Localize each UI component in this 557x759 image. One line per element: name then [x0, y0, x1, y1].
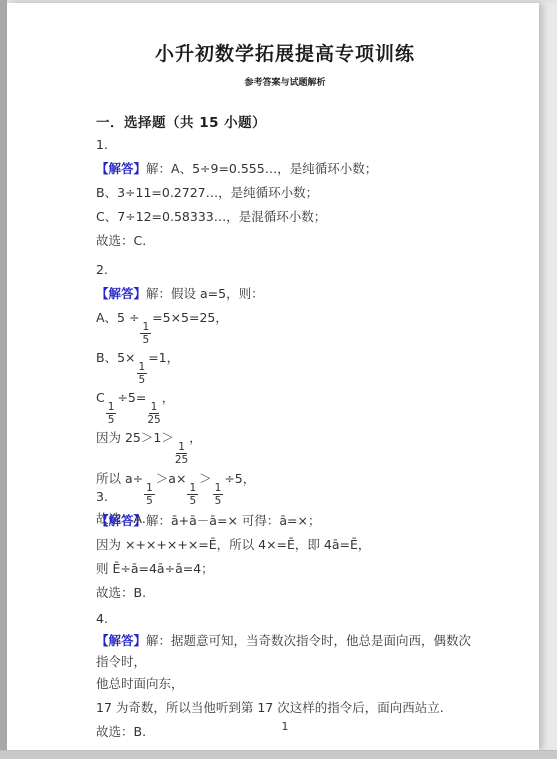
text-segment: C、7÷12=0.58333…，是混循环小数； [96, 209, 326, 224]
solution-line: 【解答】解：ā+ā－ā=× 可得：ā=×； [96, 509, 474, 533]
question-block: 3.【解答】解：ā+ā－ā=× 可得：ā=×；因为 ×+×+×+×=Ē，所以 4… [96, 485, 474, 605]
solution-line: 【解答】解：据题意可知，当奇数次指令时，他总是面向西，偶数次指令时， [96, 630, 474, 673]
text-segment: 则 Ē÷ā=4ā÷ā=4； [96, 561, 214, 576]
text-segment: 解：ā+ā－ā=× 可得：ā=×； [146, 513, 320, 528]
solution-line: A、5 ÷15=5×5=25， [96, 306, 474, 346]
fraction: 15 [106, 401, 117, 426]
fraction-numerator: 1 [149, 401, 160, 414]
solution-line: 因为 ×+×+×+×=Ē，所以 4×=Ē，即 4ā=Ē， [96, 533, 474, 557]
solution-line: 则 Ē÷ā=4ā÷ā=4； [96, 557, 474, 581]
text-segment: 因为 ×+×+×+×=Ē，所以 4×=Ē，即 4ā=Ē， [96, 537, 370, 552]
fraction-numerator: 1 [176, 441, 187, 454]
document-title: 小升初数学拓展提高专项训练 [96, 39, 474, 66]
text-segment: B、3÷11=0.2727…，是纯循环小数； [96, 185, 318, 200]
fraction: 15 [140, 321, 151, 346]
fraction-denominator: 5 [108, 414, 115, 426]
answer-label: 【解答】 [96, 633, 146, 648]
fraction-denominator: 5 [142, 334, 149, 346]
text-segment: 解：假设 a=5，则： [146, 286, 264, 301]
solution-line: 因为 25＞1＞125， [96, 426, 474, 466]
fraction: 15 [137, 361, 148, 386]
fraction-numerator: 1 [137, 361, 148, 374]
solution-line: 17 为奇数，所以当他听到第 17 次这样的指令后，面向西站立. [96, 697, 474, 721]
text-segment: =5×5=25， [152, 310, 228, 325]
answer-label: 【解答】 [96, 286, 146, 301]
fraction-denominator: 25 [175, 454, 188, 466]
page-number: 1 [96, 720, 474, 733]
text-segment: 17 为奇数，所以当他听到第 17 次这样的指令后，面向西站立. [96, 700, 444, 715]
solution-line: 【解答】解：A、5÷9=0.555…，是纯循环小数； [96, 157, 474, 181]
text-segment: ， [162, 390, 175, 405]
text-segment: ＞ [199, 471, 212, 486]
question-number: 3. [96, 485, 474, 509]
fraction-denominator: 5 [139, 374, 146, 386]
text-segment: 解：据题意可知，当奇数次指令时，他总是面向西，偶数次指令时， [96, 633, 471, 670]
fraction-numerator: 1 [140, 321, 151, 334]
solution-line: 故选：B. [96, 581, 474, 605]
question-block: 1.【解答】解：A、5÷9=0.555…，是纯循环小数；B、3÷11=0.272… [96, 133, 474, 253]
fraction: 125 [175, 441, 188, 466]
fraction-denominator: 25 [147, 414, 160, 426]
question-number: 4. [96, 608, 474, 630]
text-segment: 因为 25＞1＞ [96, 430, 174, 445]
fraction-numerator: 1 [106, 401, 117, 414]
fraction: 125 [147, 401, 160, 426]
text-segment: =1， [148, 350, 179, 365]
text-segment: ， [189, 430, 202, 445]
question-number: 2. [96, 258, 474, 282]
question-number: 1. [96, 133, 474, 157]
answer-label: 【解答】 [96, 161, 146, 176]
solution-line: C15÷5=125， [96, 386, 474, 426]
document-subtitle: 参考答案与试题解析 [96, 75, 474, 88]
text-segment: 解：A、5÷9=0.555…，是纯循环小数； [146, 161, 377, 176]
text-segment: ÷5= [117, 390, 146, 405]
text-segment: ÷5， [224, 471, 255, 486]
text-segment: 故选：C. [96, 233, 146, 248]
solution-line: B、5×15=1， [96, 346, 474, 386]
answer-label: 【解答】 [96, 513, 146, 528]
text-segment: 他总时面向东， [96, 676, 184, 691]
document-page: 小升初数学拓展提高专项训练 参考答案与试题解析 一．选择题（共 15 小题） 1… [7, 3, 539, 750]
text-segment: 故选：B. [96, 585, 146, 600]
solution-line: B、3÷11=0.2727…，是纯循环小数； [96, 181, 474, 205]
solution-line: 故选：C. [96, 229, 474, 253]
solution-line: C、7÷12=0.58333…，是混循环小数； [96, 205, 474, 229]
text-segment: 所以 a÷ [96, 471, 143, 486]
solution-line: 【解答】解：假设 a=5，则： [96, 282, 474, 306]
text-segment: A、5 ÷ [96, 310, 139, 325]
text-segment: B、5× [96, 350, 136, 365]
section-heading: 一．选择题（共 15 小题） [96, 111, 266, 131]
app-background: { "document": { "title": "小升初数学拓展提高专项训练"… [0, 0, 557, 759]
window-edge-left [0, 0, 7, 759]
text-segment: ＞a× [156, 471, 187, 486]
solution-line: 他总时面向东， [96, 673, 474, 697]
window-edge-bottom [0, 750, 557, 759]
text-segment: C [96, 390, 105, 405]
document-content: 小升初数学拓展提高专项训练 参考答案与试题解析 一．选择题（共 15 小题） 1… [96, 3, 474, 750]
